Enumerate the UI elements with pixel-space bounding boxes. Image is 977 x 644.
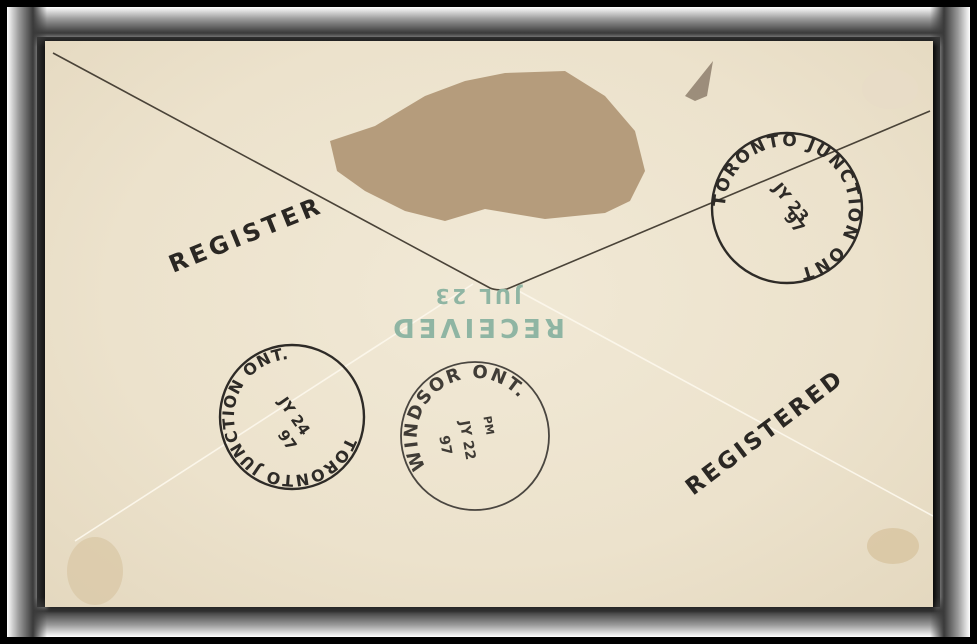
paper-stain bbox=[330, 71, 645, 221]
svg-text:PM: PM bbox=[480, 415, 496, 436]
received-handstamp: RECEIVED JUL 23 bbox=[389, 284, 565, 342]
right-flap-fold bbox=[515, 289, 933, 516]
svg-text:RECEIVED: RECEIVED bbox=[389, 312, 565, 342]
registered-mark-left: REGISTER bbox=[165, 191, 328, 278]
corner-stain bbox=[862, 69, 918, 109]
registered-mark-right: REGISTERED bbox=[681, 365, 849, 501]
envelope-details: RECEIVED JUL 23 TORONTO JUNCTION ONT JY … bbox=[45, 41, 933, 607]
svg-text:97: 97 bbox=[435, 434, 454, 456]
corner-stain bbox=[67, 537, 123, 605]
svg-text:JUL 23: JUL 23 bbox=[432, 284, 523, 308]
ink-smudge bbox=[685, 61, 713, 101]
envelope-back: RECEIVED JUL 23 TORONTO JUNCTION ONT JY … bbox=[45, 41, 933, 607]
svg-text:WINDSOR ONT.: WINDSOR ONT. bbox=[371, 331, 533, 484]
svg-text:JY 22: JY 22 bbox=[455, 418, 478, 461]
corner-stain bbox=[867, 528, 919, 564]
